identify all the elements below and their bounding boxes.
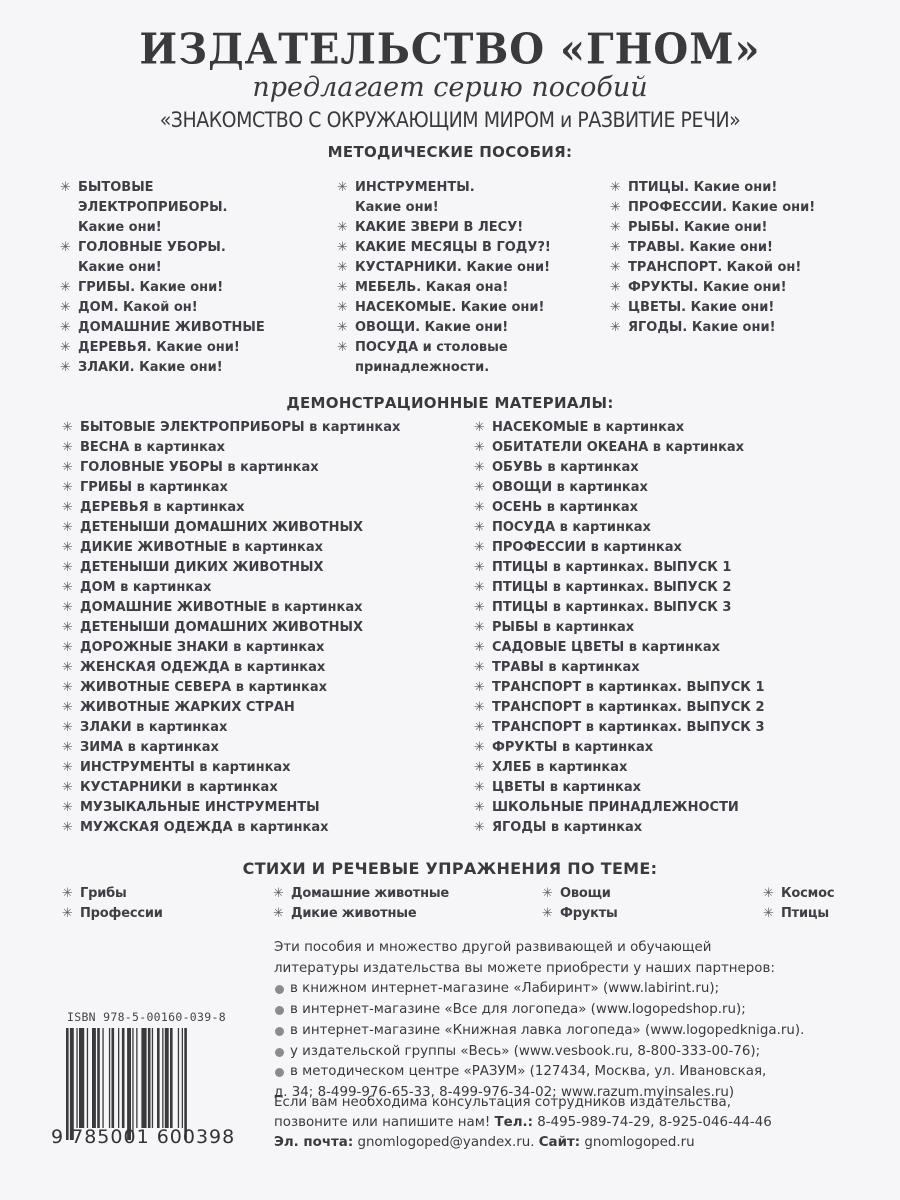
item-title: ГРИБЫ.	[78, 280, 135, 295]
item-title: НАСЕКОМЫЕ	[492, 420, 588, 435]
email-address[interactable]: gnomlogoped@yandex.ru.	[353, 1135, 539, 1150]
asterisk-bullet-icon: ✳	[474, 778, 485, 798]
barcode-digits: 9 785001 600398	[51, 1126, 235, 1148]
asterisk-bullet-icon: ✳	[62, 638, 73, 658]
list-item: ✳ГРИБЫ в картинках	[62, 478, 400, 498]
list-item: ✳ЯГОДЫ в картинках	[474, 818, 765, 838]
item-suffix: в картинках	[588, 420, 684, 435]
item-title: ПРОФЕССИИ	[492, 540, 586, 555]
asterisk-bullet-icon: ✳	[60, 338, 71, 358]
list-item: ✳ПТИЦЫ. Какие они!	[610, 178, 815, 198]
asterisk-bullet-icon: ✳	[610, 238, 621, 258]
asterisk-bullet-icon: ✳	[474, 678, 485, 698]
item-title: РЫБЫ.	[628, 220, 679, 235]
list-item: ✳ВЕСНА в картинках	[62, 438, 400, 458]
asterisk-bullet-icon: ✳	[542, 904, 553, 924]
item-title: ИНСТРУМЕНТЫ	[80, 760, 195, 775]
list-item: ✳КАКИЕ МЕСЯЦЫ В ГОДУ?!	[337, 238, 551, 258]
asterisk-bullet-icon: ✳	[474, 738, 485, 758]
item-suffix: Какие они!	[687, 320, 775, 335]
list-item: ✳НАСЕКОМЫЕ в картинках	[474, 418, 765, 438]
list-item: ✳ПТИЦЫ в картинках. ВЫПУСК 2	[474, 578, 765, 598]
list-item: ✳ЗЛАКИ. Какие они!	[60, 358, 265, 378]
list-item: ✳ТРАНСПОРТ в картинках. ВЫПУСК 2	[474, 698, 765, 718]
item-suffix: в картинках	[229, 640, 325, 655]
poem-item: ✳Дикие животные	[273, 904, 449, 924]
poem-item: ✳Фрукты	[542, 904, 618, 924]
asterisk-bullet-icon: ✳	[60, 178, 71, 198]
asterisk-bullet-icon: ✳	[610, 218, 621, 238]
methodical-column-3: ✳ПТИЦЫ. Какие они!✳ПРОФЕССИИ. Какие они!…	[610, 178, 815, 338]
item-suffix: в картинках	[544, 660, 640, 675]
asterisk-bullet-icon: ✳	[337, 318, 348, 338]
item-suffix: в картинках	[542, 500, 638, 515]
asterisk-bullet-icon: ✳	[62, 458, 73, 478]
asterisk-bullet-icon: ✳	[62, 578, 73, 598]
bullet-dot-icon	[275, 1027, 284, 1036]
item-suffix: в картинках. ВЫПУСК 2	[548, 580, 731, 595]
asterisk-bullet-icon: ✳	[474, 658, 485, 678]
item-continuation: ЭЛЕКТРОПРИБОРЫ.	[78, 198, 265, 218]
list-item: ✳ИНСТРУМЕНТЫ.Какие они!	[337, 178, 551, 218]
partners-intro-line-1: Эти пособия и множество другой развивающ…	[274, 938, 874, 959]
publisher-title: ИЗДАТЕЛЬСТВО «ГНОМ»	[0, 25, 900, 74]
item-title: ПОСУДА	[492, 520, 555, 535]
asterisk-bullet-icon: ✳	[474, 498, 485, 518]
asterisk-bullet-icon: ✳	[62, 778, 73, 798]
list-item: ✳НАСЕКОМЫЕ. Какие они!	[337, 298, 551, 318]
list-item: ✳ЖЕНСКАЯ ОДЕЖДА в картинках	[62, 658, 400, 678]
asterisk-bullet-icon: ✳	[62, 738, 73, 758]
item-title: САДОВЫЕ ЦВЕТЫ	[492, 640, 624, 655]
list-item: ✳ДОМ. Какой он!	[60, 298, 265, 318]
partners-block: Эти пособия и множество другой развивающ…	[274, 938, 874, 1104]
item-suffix: в картинках	[546, 820, 642, 835]
item-suffix: в картинках	[305, 420, 401, 435]
partner-text: в интернет-магазине «Книжная лавка логоп…	[290, 1023, 804, 1038]
asterisk-bullet-icon: ✳	[542, 884, 553, 904]
asterisk-bullet-icon: ✳	[273, 904, 284, 924]
list-item: ✳ОСЕНЬ в картинках	[474, 498, 765, 518]
list-item: ✳МЕБЕЛЬ. Какая она!	[337, 278, 551, 298]
item-suffix: в картинках	[149, 500, 245, 515]
list-item: ✳САДОВЫЕ ЦВЕТЫ в картинках	[474, 638, 765, 658]
poem-title: Фрукты	[560, 906, 618, 921]
item-title: ТРАНСПОРТ.	[628, 260, 722, 275]
item-title: ТРАВЫ.	[628, 240, 685, 255]
poem-item: ✳Птицы	[763, 904, 834, 924]
item-title: ЦВЕТЫ.	[628, 300, 686, 315]
asterisk-bullet-icon: ✳	[474, 578, 485, 598]
demo-column-right: ✳НАСЕКОМЫЕ в картинках✳ОБИТАТЕЛИ ОКЕАНА …	[474, 418, 765, 838]
item-suffix: в картинках	[132, 720, 228, 735]
item-title: ТРАНСПОРТ	[492, 700, 581, 715]
list-item: ✳ДЕТЕНЫШИ ДИКИХ ЖИВОТНЫХ	[62, 558, 400, 578]
poem-item: ✳Домашние животные	[273, 884, 449, 904]
item-continuation: принадлежности.	[355, 358, 551, 378]
item-suffix: в картинках	[227, 540, 323, 555]
item-suffix: в картинках	[545, 780, 641, 795]
demo-heading: ДЕМОНСТРАЦИОННЫЕ МАТЕРИАЛЫ:	[0, 394, 900, 412]
isbn-label: ISBN 978-5-00160-039-8	[67, 1010, 226, 1024]
list-item: ✳КАКИЕ ЗВЕРИ В ЛЕСУ!	[337, 218, 551, 238]
contact-line-2: позвоните или напишите нам! Тел.: 8-495-…	[274, 1113, 874, 1133]
poem-title: Птицы	[781, 906, 829, 921]
list-item: ✳ОБУВЬ в картинках	[474, 458, 765, 478]
bullet-dot-icon	[275, 1006, 284, 1015]
methodical-column-2: ✳ИНСТРУМЕНТЫ.Какие они!✳КАКИЕ ЗВЕРИ В ЛЕ…	[337, 178, 551, 378]
item-title: ДИКИЕ ЖИВОТНЫЕ	[80, 540, 227, 555]
item-title: ЯГОДЫ	[492, 820, 546, 835]
item-title: ПОСУДА	[355, 340, 418, 355]
list-item: ✳ГОЛОВНЫЕ УБОРЫ.Какие они!	[60, 238, 265, 278]
item-suffix: Какие они!	[135, 280, 223, 295]
item-suffix: Какие они!	[135, 360, 223, 375]
list-item: ✳ГОЛОВНЫЕ УБОРЫ в картинках	[62, 458, 400, 478]
asterisk-bullet-icon: ✳	[474, 518, 485, 538]
list-item: ✳ОВОЩИ. Какие они!	[337, 318, 551, 338]
asterisk-bullet-icon: ✳	[474, 458, 485, 478]
contact-line-3: Эл. почта: gnomlogoped@yandex.ru. Сайт: …	[274, 1133, 874, 1153]
item-suffix: и столовые	[418, 340, 508, 355]
asterisk-bullet-icon: ✳	[474, 618, 485, 638]
item-title: ТРАНСПОРТ	[492, 720, 581, 735]
item-suffix: в картинках	[132, 480, 228, 495]
item-suffix: Какие они!	[686, 300, 774, 315]
item-title: ТРАВЫ	[492, 660, 544, 675]
asterisk-bullet-icon: ✳	[474, 478, 485, 498]
list-item: ✳ПОСУДА и столовыепринадлежности.	[337, 338, 551, 378]
item-title: ПРОФЕССИИ.	[628, 200, 727, 215]
item-suffix: в картинках. ВЫПУСК 3	[581, 720, 764, 735]
item-title: ЗЛАКИ.	[78, 360, 135, 375]
item-title: ХЛЕБ	[492, 760, 532, 775]
item-title: ПТИЦЫ	[492, 560, 548, 575]
asterisk-bullet-icon: ✳	[337, 258, 348, 278]
asterisk-bullet-icon: ✳	[474, 538, 485, 558]
item-title: КАКИЕ МЕСЯЦЫ В ГОДУ?!	[355, 240, 551, 255]
item-title: ОБУВЬ	[492, 460, 543, 475]
asterisk-bullet-icon: ✳	[62, 518, 73, 538]
item-suffix: Какой он!	[119, 300, 198, 315]
list-item: ✳ЦВЕТЫ в картинках	[474, 778, 765, 798]
methodical-column-1: ✳БЫТОВЫЕЭЛЕКТРОПРИБОРЫ.Какие они!✳ГОЛОВН…	[60, 178, 265, 378]
asterisk-bullet-icon: ✳	[337, 238, 348, 258]
list-item: ✳ЯГОДЫ. Какие они!	[610, 318, 815, 338]
poems-column-4: ✳Космос✳Птицы	[763, 884, 834, 924]
bullet-dot-icon	[275, 985, 284, 994]
poem-item: ✳Космос	[763, 884, 834, 904]
partner-item: в книжном интернет-магазине «Лабиринт» (…	[274, 979, 874, 1000]
item-suffix: в картинках. ВЫПУСК 3	[548, 600, 731, 615]
item-title: ЖЕНСКАЯ ОДЕЖДА	[80, 660, 230, 675]
asterisk-bullet-icon: ✳	[62, 798, 73, 818]
email-label: Эл. почта:	[274, 1135, 353, 1150]
asterisk-bullet-icon: ✳	[62, 758, 73, 778]
poem-item: ✳Профессии	[62, 904, 163, 924]
asterisk-bullet-icon: ✳	[62, 698, 73, 718]
poem-title: Домашние животные	[291, 886, 449, 901]
bullet-dot-icon	[275, 1048, 284, 1057]
partner-text: в методическом центре «РАЗУМ» (127434, М…	[290, 1064, 766, 1079]
item-title: ПТИЦЫ.	[628, 180, 689, 195]
poems-column-2: ✳Домашние животные✳Дикие животные	[273, 884, 449, 924]
item-title: ЯГОДЫ.	[628, 320, 687, 335]
list-item: ✳РЫБЫ в картинках	[474, 618, 765, 638]
asterisk-bullet-icon: ✳	[62, 904, 73, 924]
asterisk-bullet-icon: ✳	[62, 438, 73, 458]
asterisk-bullet-icon: ✳	[60, 238, 71, 258]
list-item: ✳ПРОФЕССИИ. Какие они!	[610, 198, 815, 218]
poem-item: ✳Грибы	[62, 884, 163, 904]
phone-label: Тел.:	[494, 1115, 532, 1130]
asterisk-bullet-icon: ✳	[60, 318, 71, 338]
poem-title: Космос	[781, 886, 834, 901]
asterisk-bullet-icon: ✳	[62, 598, 73, 618]
partner-item: в интернет-магазине «Книжная лавка логоп…	[274, 1021, 874, 1042]
item-title: ВЕСНА	[80, 440, 129, 455]
asterisk-bullet-icon: ✳	[60, 278, 71, 298]
list-item: ✳ТРАВЫ. Какие они!	[610, 238, 815, 258]
item-title: ДЕТЕНЫШИ ДОМАШНИХ ЖИВОТНЫХ	[80, 520, 363, 535]
list-item: ✳ШКОЛЬНЫЕ ПРИНАДЛЕЖНОСТИ	[474, 798, 765, 818]
barcode: ISBN 978-5-00160-039-8 9 785001 600398	[40, 1008, 260, 1158]
asterisk-bullet-icon: ✳	[474, 818, 485, 838]
item-title: ЖИВОТНЫЕ СЕВЕРА	[80, 680, 231, 695]
poem-title: Профессии	[80, 906, 163, 921]
item-title: ФРУКТЫ.	[628, 280, 698, 295]
item-suffix: в картинках	[267, 600, 363, 615]
item-suffix: в картинках	[129, 440, 225, 455]
methodical-heading: МЕТОДИЧЕСКИЕ ПОСОБИЯ:	[0, 143, 900, 161]
demo-column-left: ✳БЫТОВЫЕ ЭЛЕКТРОПРИБОРЫ в картинках✳ВЕСН…	[62, 418, 400, 838]
contact-prompt: позвоните или напишите нам!	[274, 1115, 494, 1130]
asterisk-bullet-icon: ✳	[62, 884, 73, 904]
list-item: ✳ПТИЦЫ в картинках. ВЫПУСК 1	[474, 558, 765, 578]
asterisk-bullet-icon: ✳	[474, 798, 485, 818]
list-item: ✳ЖИВОТНЫЕ СЕВЕРА в картинках	[62, 678, 400, 698]
list-item: ✳ФРУКТЫ. Какие они!	[610, 278, 815, 298]
list-item: ✳ЗИМА в картинках	[62, 738, 400, 758]
item-title: ЗЛАКИ	[80, 720, 132, 735]
offers-subtitle: предлагает серию пособий	[0, 72, 900, 103]
phone-numbers: 8-495-989-74-29, 8-925-046-44-46	[533, 1115, 772, 1130]
item-suffix: Какие они!	[462, 260, 550, 275]
asterisk-bullet-icon: ✳	[337, 218, 348, 238]
list-item: ✳ТРАНСПОРТ в картинках. ВЫПУСК 1	[474, 678, 765, 698]
item-title: ОВОЩИ.	[355, 320, 420, 335]
item-title: НАСЕКОМЫЕ.	[355, 300, 456, 315]
item-suffix: в картинках	[555, 520, 651, 535]
item-title: ДОРОЖНЫЕ ЗНАКИ	[80, 640, 229, 655]
asterisk-bullet-icon: ✳	[763, 904, 774, 924]
asterisk-bullet-icon: ✳	[60, 358, 71, 378]
asterisk-bullet-icon: ✳	[62, 718, 73, 738]
item-suffix: Какие они!	[456, 300, 544, 315]
item-title: ДОМАШНИЕ ЖИВОТНЫЕ	[80, 600, 267, 615]
asterisk-bullet-icon: ✳	[62, 818, 73, 838]
item-suffix: в картинках	[538, 620, 634, 635]
item-title: ОСЕНЬ	[492, 500, 542, 515]
item-suffix: Какая она!	[421, 280, 508, 295]
list-item: ✳РЫБЫ. Какие они!	[610, 218, 815, 238]
list-item: ✳ТРАВЫ в картинках	[474, 658, 765, 678]
asterisk-bullet-icon: ✳	[337, 298, 348, 318]
item-suffix: в картинках	[557, 740, 653, 755]
list-item: ✳МУЗЫКАЛЬНЫЕ ИНСТРУМЕНТЫ	[62, 798, 400, 818]
item-suffix: Какие они!	[679, 220, 767, 235]
poem-title: Дикие животные	[291, 906, 416, 921]
asterisk-bullet-icon: ✳	[610, 298, 621, 318]
item-title: МУЗЫКАЛЬНЫЕ ИНСТРУМЕНТЫ	[80, 800, 320, 815]
item-suffix: в картинках	[543, 460, 639, 475]
list-item: ✳ДЕРЕВЬЯ в картинках	[62, 498, 400, 518]
item-title: ФРУКТЫ	[492, 740, 557, 755]
list-item: ✳КУСТАРНИКИ. Какие они!	[337, 258, 551, 278]
item-title: ПТИЦЫ	[492, 580, 548, 595]
list-item: ✳ЦВЕТЫ. Какие они!	[610, 298, 815, 318]
list-item: ✳БЫТОВЫЕЭЛЕКТРОПРИБОРЫ.Какие они!	[60, 178, 265, 238]
item-title: ДЕРЕВЬЯ.	[78, 340, 152, 355]
item-suffix: в картинках	[648, 440, 744, 455]
item-title: ПТИЦЫ	[492, 600, 548, 615]
poems-column-1: ✳Грибы✳Профессии	[62, 884, 163, 924]
asterisk-bullet-icon: ✳	[62, 678, 73, 698]
list-item: ✳КУСТАРНИКИ в картинках	[62, 778, 400, 798]
item-title: ДЕРЕВЬЯ	[80, 500, 149, 515]
item-title: БЫТОВЫЕ ЭЛЕКТРОПРИБОРЫ	[80, 420, 305, 435]
item-title: КУСТАРНИКИ	[80, 780, 182, 795]
list-item: ✳ПТИЦЫ в картинках. ВЫПУСК 3	[474, 598, 765, 618]
site-address[interactable]: gnomlogoped.ru	[580, 1135, 695, 1150]
item-suffix: Какие они!	[685, 240, 773, 255]
list-item: ✳ПОСУДА в картинках	[474, 518, 765, 538]
item-suffix: в картинках. ВЫПУСК 2	[581, 700, 764, 715]
poem-item: ✳Овощи	[542, 884, 618, 904]
item-title: ИНСТРУМЕНТЫ.	[355, 180, 475, 195]
item-suffix: Какие они!	[152, 340, 240, 355]
item-title: РЫБЫ	[492, 620, 538, 635]
list-item: ✳МУЖСКАЯ ОДЕЖДА в картинках	[62, 818, 400, 838]
site-label: Сайт:	[539, 1135, 580, 1150]
item-suffix: Какие они!	[420, 320, 508, 335]
partners-intro-line-2: литературы издательства вы можете приобр…	[274, 959, 874, 980]
item-title: МУЖСКАЯ ОДЕЖДА	[80, 820, 233, 835]
item-title: МЕБЕЛЬ.	[355, 280, 421, 295]
item-suffix: в картинках	[233, 820, 329, 835]
list-item: ✳ДОМАШНИЕ ЖИВОТНЫЕ в картинках	[62, 598, 400, 618]
item-title: ЦВЕТЫ	[492, 780, 545, 795]
item-title: КУСТАРНИКИ.	[355, 260, 462, 275]
asterisk-bullet-icon: ✳	[337, 338, 348, 358]
item-suffix: в картинках. ВЫПУСК 1	[548, 560, 731, 575]
list-item: ✳ДОРОЖНЫЕ ЗНАКИ в картинках	[62, 638, 400, 658]
item-title: ДЕТЕНЫШИ ДОМАШНИХ ЖИВОТНЫХ	[80, 620, 363, 635]
partner-text: у издательской группы «Весь» (www.vesboo…	[290, 1044, 760, 1059]
item-title: ДОМ.	[78, 300, 119, 315]
item-suffix: в картинках	[624, 640, 720, 655]
item-title: ШКОЛЬНЫЕ ПРИНАДЛЕЖНОСТИ	[492, 800, 739, 815]
asterisk-bullet-icon: ✳	[474, 698, 485, 718]
item-suffix: в картинках. ВЫПУСК 1	[581, 680, 764, 695]
partner-text: в интернет-магазине «Все для логопеда» (…	[290, 1002, 746, 1017]
bullet-dot-icon	[275, 1068, 284, 1077]
item-suffix: в картинках	[182, 780, 278, 795]
item-title: ЖИВОТНЫЕ ЖАРКИХ СТРАН	[80, 700, 295, 715]
asterisk-bullet-icon: ✳	[474, 718, 485, 738]
asterisk-bullet-icon: ✳	[62, 558, 73, 578]
poem-title: Овощи	[560, 886, 611, 901]
item-continuation: Какие они!	[78, 218, 265, 238]
list-item: ✳ИНСТРУМЕНТЫ в картинках	[62, 758, 400, 778]
asterisk-bullet-icon: ✳	[474, 438, 485, 458]
asterisk-bullet-icon: ✳	[474, 598, 485, 618]
partner-text: в книжном интернет-магазине «Лабиринт» (…	[290, 981, 719, 996]
item-suffix: Какой он!	[722, 260, 801, 275]
asterisk-bullet-icon: ✳	[273, 884, 284, 904]
partner-item: в методическом центре «РАЗУМ» (127434, М…	[274, 1062, 874, 1083]
item-title: ЗИМА	[80, 740, 123, 755]
list-item: ✳ТРАНСПОРТ в картинках. ВЫПУСК 3	[474, 718, 765, 738]
list-item: ✳ФРУКТЫ в картинках	[474, 738, 765, 758]
item-suffix: в картинках	[195, 760, 291, 775]
item-title: ДОМ	[80, 580, 116, 595]
item-suffix: в картинках	[552, 480, 648, 495]
item-title: ДЕТЕНЫШИ ДИКИХ ЖИВОТНЫХ	[80, 560, 324, 575]
item-suffix: в картинках	[116, 580, 212, 595]
list-item: ✳ЗЛАКИ в картинках	[62, 718, 400, 738]
item-suffix: Какие они!	[689, 180, 777, 195]
asterisk-bullet-icon: ✳	[62, 478, 73, 498]
item-title: БЫТОВЫЕ	[78, 180, 154, 195]
asterisk-bullet-icon: ✳	[610, 258, 621, 278]
item-title: ДОМАШНИЕ ЖИВОТНЫЕ	[78, 320, 265, 335]
item-suffix: в картинках	[230, 660, 326, 675]
partner-item: в интернет-магазине «Все для логопеда» (…	[274, 1000, 874, 1021]
item-title: ТРАНСПОРТ	[492, 680, 581, 695]
asterisk-bullet-icon: ✳	[337, 278, 348, 298]
contact-block: Если вам необходима консультация сотрудн…	[274, 1093, 874, 1153]
item-continuation: Какие они!	[355, 198, 551, 218]
asterisk-bullet-icon: ✳	[474, 558, 485, 578]
list-item: ✳ОБИТАТЕЛИ ОКЕАНА в картинках	[474, 438, 765, 458]
asterisk-bullet-icon: ✳	[337, 178, 348, 198]
item-title: КАКИЕ ЗВЕРИ В ЛЕСУ!	[355, 220, 523, 235]
poems-heading: СТИХИ И РЕЧЕВЫЕ УПРАЖНЕНИЯ ПО ТЕМЕ:	[0, 859, 900, 878]
contact-line-1: Если вам необходима консультация сотрудн…	[274, 1093, 874, 1113]
asterisk-bullet-icon: ✳	[474, 418, 485, 438]
item-suffix: в картинках	[231, 680, 327, 695]
list-item: ✳ДЕТЕНЫШИ ДОМАШНИХ ЖИВОТНЫХ	[62, 618, 400, 638]
item-title: ГОЛОВНЫЕ УБОРЫ.	[78, 240, 226, 255]
item-title: ГОЛОВНЫЕ УБОРЫ	[80, 460, 223, 475]
list-item: ✳ЖИВОТНЫЕ ЖАРКИХ СТРАН	[62, 698, 400, 718]
item-suffix: в картинках	[223, 460, 319, 475]
list-item: ✳ГРИБЫ. Какие они!	[60, 278, 265, 298]
partner-item: у издательской группы «Весь» (www.vesboo…	[274, 1042, 874, 1063]
item-suffix: в картинках	[586, 540, 682, 555]
asterisk-bullet-icon: ✳	[474, 758, 485, 778]
asterisk-bullet-icon: ✳	[62, 658, 73, 678]
item-suffix: в картинках	[123, 740, 219, 755]
asterisk-bullet-icon: ✳	[62, 538, 73, 558]
asterisk-bullet-icon: ✳	[60, 298, 71, 318]
item-suffix: Какие они!	[698, 280, 786, 295]
asterisk-bullet-icon: ✳	[62, 618, 73, 638]
list-item: ✳ДЕТЕНЫШИ ДОМАШНИХ ЖИВОТНЫХ	[62, 518, 400, 538]
list-item: ✳ХЛЕБ в картинках	[474, 758, 765, 778]
list-item: ✳ДОМ в картинках	[62, 578, 400, 598]
